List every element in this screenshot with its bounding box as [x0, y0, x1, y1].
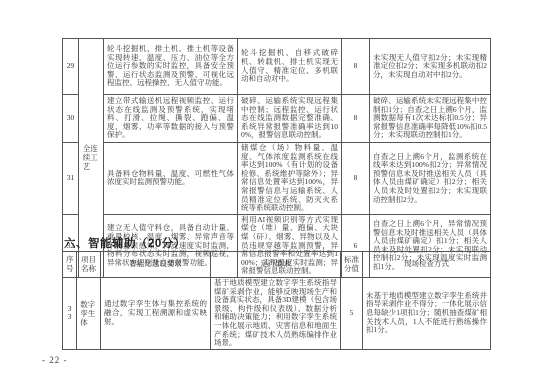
column-header-build: 智能化建设要求 [101, 252, 211, 278]
build-requirement-cell: 轮斗挖掘机、排土机、推土机等设备实现转速、温度、压力、油位等全方位运行参数的实时… [104, 39, 238, 95]
run-requirement-cell: 轮斗挖掘机、自移式破碎机、转载机、排土机实现无人值守、精准定位、多机联动和自动对… [238, 39, 342, 95]
inspection-method-cell: 破碎、运输系统未实现远程集中控制扣1分；自查之日上溯6个月，监测数据每有1次未达… [370, 95, 491, 143]
run-requirement-cell: 基于地质模型建立数字孪生系统指导煤矿采剥作业，能够反映现场生产和设备真实状态，具… [211, 278, 341, 350]
run-requirement-cell: 破碎、运输系统实现远程集中控制；远程监控、运行状态在线监测数据完整准确、系统异常… [238, 95, 342, 143]
row-number-cell: 30 [63, 95, 79, 143]
project-name-label: 全连续工艺 [83, 144, 100, 171]
build-requirement-cell: 通过数字孪生体与集控系统的融合，实现工程溯源和虚实映射。 [101, 278, 211, 350]
row-number-cell: 31 [63, 143, 79, 215]
table-row: 30 建立带式输送机远程视频监控、运行状态在线监测及预警系统，实现堵料、打滑、拉… [63, 95, 491, 143]
inspection-method-cell: 未实现无人值守扣2分；未实现精准定位扣2分；未实现多机联动扣2分，未实现自动对中… [370, 39, 491, 95]
row-number-cell: 29 [63, 39, 79, 95]
smart-assist-table: 序号 项目名称 智能化建设要求 运行要求 标准分值 现场检查方式 33 数字孪生… [62, 251, 491, 350]
build-requirement-cell: 建立带式输送机远程视频监控、运行状态在线监测及预警系统，实现堵料、打滑、拉绳、撕… [104, 95, 238, 143]
section-title: 六、智能辅助（20分） [64, 235, 186, 251]
column-header-inspect: 现场检查方式 [363, 252, 491, 278]
table-header-row: 序号 项目名称 智能化建设要求 运行要求 标准分值 现场检查方式 [63, 252, 491, 278]
table-row: 29 全连续工艺 轮斗挖掘机、排土机、推土机等设备实现转速、温度、压力、油位等全… [63, 39, 491, 95]
column-header-run: 运行要求 [211, 252, 341, 278]
table-row: 33 数字孪生体 通过数字孪生体与集控系统的融合，实现工程溯源和虚实映射。 基于… [63, 278, 491, 350]
row-number-cell: 33 [63, 278, 77, 350]
column-header-no: 序号 [63, 252, 77, 278]
score-cell: 8 [342, 143, 370, 215]
table-row: 31 具备料仓物料量、温度、可燃性气体浓度实时监测预警功能。 储煤仓（场）物料量… [63, 143, 491, 215]
column-header-name: 项目名称 [77, 252, 101, 278]
score-cell: 8 [342, 95, 370, 143]
page-number: - 22 - [42, 355, 68, 365]
build-requirement-cell: 具备料仓物料量、温度、可燃性气体浓度实时监测预警功能。 [104, 143, 238, 215]
project-name-label: 数字孪生体 [80, 300, 97, 327]
project-name-cell: 数字孪生体 [77, 278, 101, 350]
score-cell: 5 [341, 278, 363, 350]
inspection-method-cell: 自查之日上溯6个月，监测系统在线率未达到100%扣2分；异常情况预警信息未及时推… [370, 143, 491, 215]
column-header-score: 标准分值 [341, 252, 363, 278]
run-requirement-cell: 储煤仓（场）物料量、温度、气体浓度监测系统在线率达到100%（有计划的设备检修、… [238, 143, 342, 215]
score-cell: 8 [342, 39, 370, 95]
inspection-method-cell: 未基于地质模型建立数字孪生系统并指导采剥作业不得分；一体化展示信息每缺少1项扣1… [363, 278, 491, 350]
document-page: 29 全连续工艺 轮斗挖掘机、排土机、推土机等设备实现转速、温度、压力、油位等全… [0, 0, 550, 389]
